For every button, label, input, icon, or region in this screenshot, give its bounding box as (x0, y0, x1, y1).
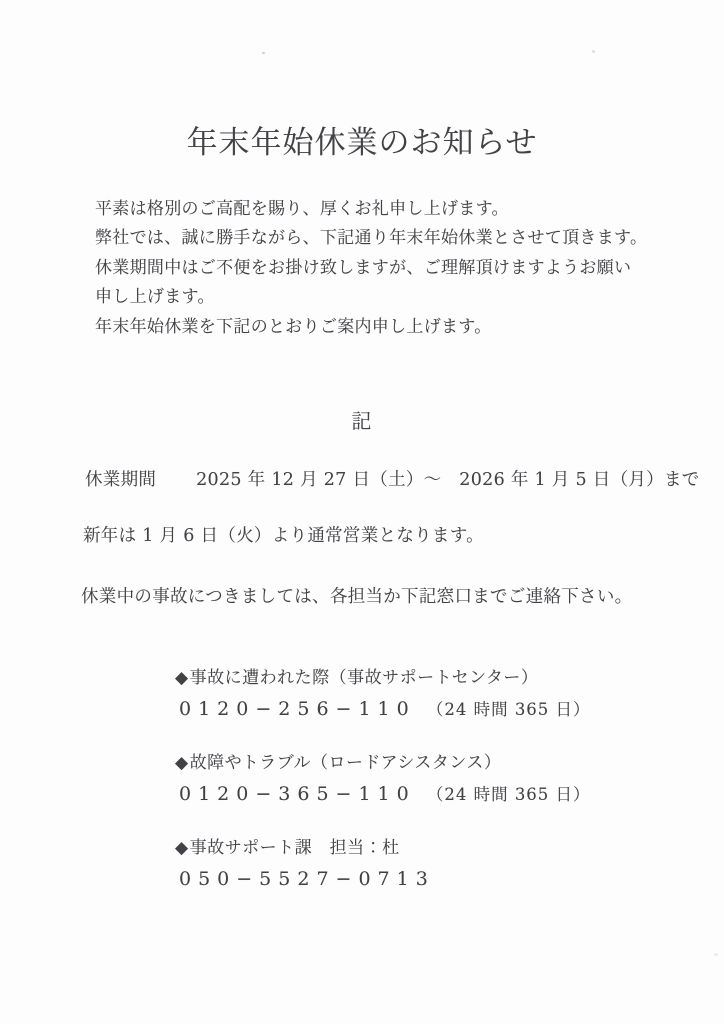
phone-number: 0120−256−110 (179, 698, 416, 720)
contact-phone-line: 050−5527−0713 (175, 867, 441, 892)
intro-line: 平素は格別のご高配を賜り、厚くお礼申し上げます。 (95, 195, 647, 224)
record-marker: 記 (0, 405, 724, 434)
scan-speck (592, 50, 595, 53)
phone-availability-note: （24 時間 365 日） (427, 700, 591, 719)
scan-speck (262, 52, 265, 54)
contact-phone-line: 0120−256−110 （24 時間 365 日） (175, 697, 591, 722)
closure-period-label: 休業期間 (85, 466, 156, 491)
intro-line: 申し上げます。 (95, 283, 647, 312)
contact-group-accident-support: ◆事故に遭われた際（事故サポートセンター） 0120−256−110 （24 時… (175, 666, 591, 722)
diamond-bullet-icon: ◆ (175, 753, 189, 773)
contact-phone-line: 0120−365−110 （24 時間 365 日） (175, 782, 591, 807)
diamond-bullet-icon: ◆ (175, 838, 189, 858)
intro-paragraph: 平素は格別のご高配を賜り、厚くお礼申し上げます。 弊社では、誠に勝手ながら、下記… (95, 195, 647, 342)
intro-line: 年末年始休業を下記のとおりご案内申し上げます。 (95, 313, 647, 342)
closure-period-row: 休業期間 2025 年 12 月 27 日（土）～ 2026 年 1 月 5 日… (85, 466, 700, 491)
contact-heading: ◆事故に遭われた際（事故サポートセンター） (175, 666, 591, 690)
contact-group-road-assistance: ◆故障やトラブル（ロードアシスタンス） 0120−365−110 （24 時間 … (175, 751, 591, 807)
page-title: 年末年始休業のお知らせ (0, 117, 724, 162)
intro-line: 弊社では、誠に勝手ながら、下記通り年末年始休業とさせて頂きます。 (95, 224, 647, 253)
new-year-notice: 新年は 1 月 6 日（火）より通常営業となります。 (83, 522, 484, 547)
contact-heading-text: 故障やトラブル（ロードアシスタンス） (190, 753, 502, 773)
contact-heading: ◆事故サポート課 担当：杜 (175, 836, 441, 860)
contact-group-accident-support-section: ◆事故サポート課 担当：杜 050−5527−0713 (175, 836, 441, 892)
scan-speck (714, 953, 718, 956)
contact-heading: ◆故障やトラブル（ロードアシスタンス） (175, 751, 591, 775)
phone-number: 050−5527−0713 (179, 868, 435, 890)
closure-notice-document: 年末年始休業のお知らせ 平素は格別のご高配を賜り、厚くお礼申し上げます。 弊社で… (0, 0, 724, 1024)
intro-line: 休業期間中はご不便をお掛け致しますが、ご理解頂けますようお願い (95, 254, 647, 283)
contact-heading-text: 事故に遭われた際（事故サポートセンター） (190, 668, 539, 688)
contact-heading-text: 事故サポート課 担当：杜 (190, 838, 400, 858)
diamond-bullet-icon: ◆ (175, 668, 189, 688)
phone-availability-note: （24 時間 365 日） (427, 785, 591, 804)
accident-contact-notice: 休業中の事故につきましては、各担当か下記窓口までご連絡下さい。 (81, 583, 632, 608)
closure-period-value: 2025 年 12 月 27 日（土）～ 2026 年 1 月 5 日（月）まで (196, 466, 700, 491)
phone-number: 0120−365−110 (179, 783, 416, 805)
